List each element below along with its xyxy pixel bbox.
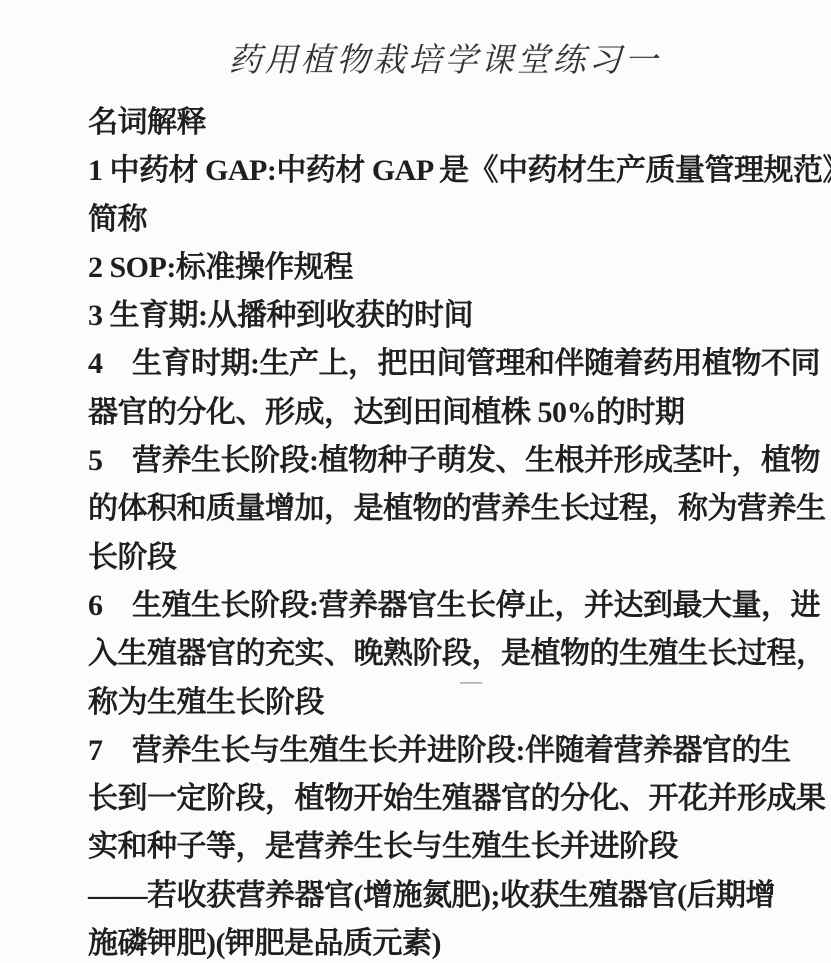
- text-line: 3 生育期:从播种到收获的时间: [88, 292, 811, 340]
- text-line: 施磷钾肥)(钾肥是品质元素): [88, 920, 811, 963]
- text-line: 实和种子等，是营养生长与生殖生长并进阶段: [88, 823, 811, 871]
- section-heading: 名词解释: [88, 99, 811, 147]
- text-line: 1 中药材 GAP:中药材 GAP 是《中药材生产质量管理规范》: [88, 147, 811, 195]
- text-line: 长阶段: [88, 534, 811, 582]
- text-line: 5 营养生长阶段:植物种子萌发、生根并形成茎叶，植物: [88, 437, 811, 485]
- text-line: 长到一定阶段，植物开始生殖器官的分化、开花并形成果: [88, 775, 811, 823]
- text-line: 7 营养生长与生殖生长并进阶段:伴随着营养器官的生: [88, 727, 811, 775]
- document-body: 名词解释 1 中药材 GAP:中药材 GAP 是《中药材生产质量管理规范》 简称…: [0, 99, 831, 963]
- text-line: 的体积和质量增加，是植物的营养生长过程，称为营养生: [88, 485, 811, 533]
- text-line: 称为生殖生长阶段: [88, 679, 811, 727]
- text-line: 6 生殖生长阶段:营养器官生长停止，并达到最大量，进: [88, 582, 811, 630]
- text-line: 2 SOP:标准操作规程: [88, 244, 811, 292]
- text-line: 器官的分化、形成，达到田间植株 50%的时期: [88, 389, 811, 437]
- text-line: 入生殖器官的充实、晚熟阶段，是植物的生殖生长过程，: [88, 630, 811, 678]
- page-title: 药用植物栽培学课堂练习一: [0, 0, 831, 85]
- scan-artifact-dash: —: [460, 670, 482, 692]
- text-line: 简称: [88, 196, 811, 244]
- text-line: ——若收获营养器官(增施氮肥);收获生殖器官(后期增: [88, 872, 811, 920]
- document-page: 药用植物栽培学课堂练习一 名词解释 1 中药材 GAP:中药材 GAP 是《中药…: [0, 0, 831, 963]
- text-line: 4 生育时期:生产上，把田间管理和伴随着药用植物不同: [88, 340, 811, 388]
